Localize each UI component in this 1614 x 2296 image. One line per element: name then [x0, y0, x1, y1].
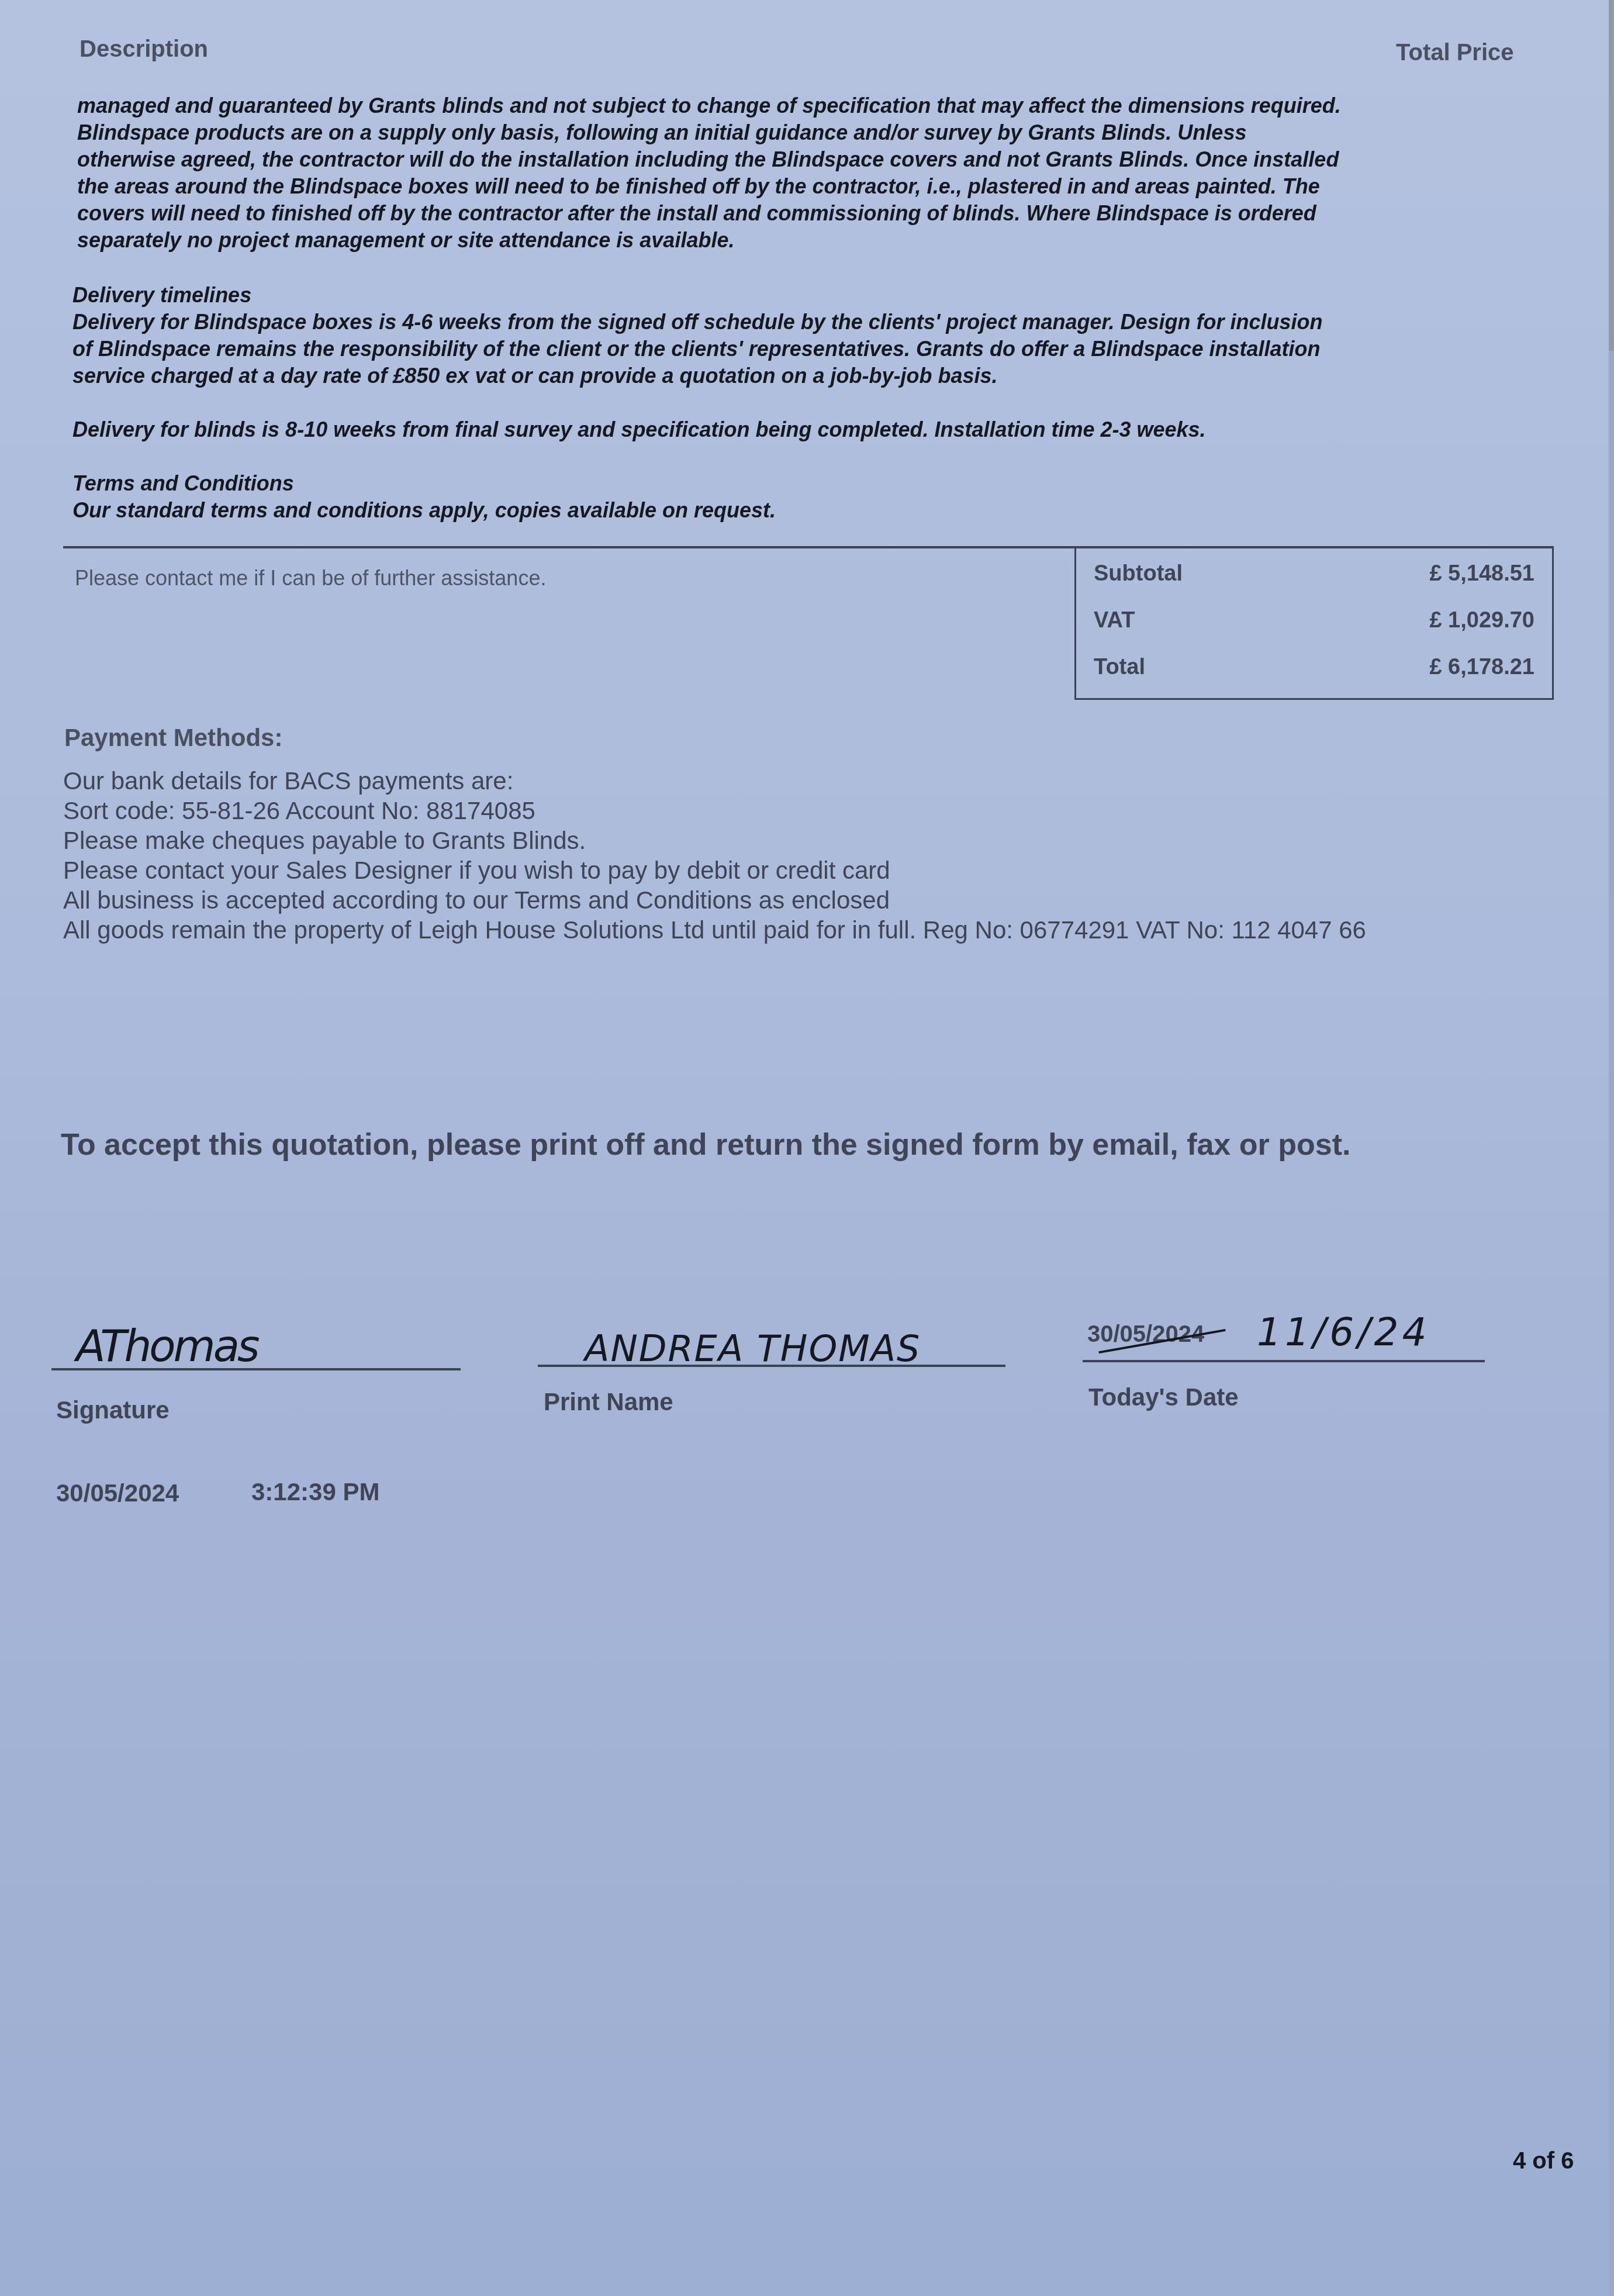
total-value: £ 6,178.21: [1429, 655, 1534, 680]
generated-date: 30/05/2024: [56, 1479, 179, 1507]
handwritten-date: 11/6/24: [1257, 1310, 1430, 1355]
text-line: otherwise agreed, the contractor will do…: [77, 146, 1539, 173]
subtotal-label: Subtotal: [1094, 561, 1183, 586]
total-label: Total: [1094, 655, 1145, 680]
vat-label: VAT: [1094, 608, 1135, 633]
acceptance-instruction: To accept this quotation, please print o…: [61, 1127, 1350, 1162]
payment-line: Please contact your Sales Designer if yo…: [63, 855, 1554, 885]
print-name-line[interactable]: [538, 1365, 1005, 1367]
blinds-delivery-text: Delivery for blinds is 8-10 weeks from f…: [72, 416, 1546, 443]
vat-value: £ 1,029.70: [1429, 608, 1534, 633]
signature-label: Signature: [56, 1396, 170, 1424]
payment-line: Please make cheques payable to Grants Bl…: [63, 826, 1554, 855]
total-price-column-header: Total Price: [1396, 40, 1514, 66]
text-line: the areas around the Blindspace boxes wi…: [77, 173, 1539, 200]
text-line: covers will need to finished off by the …: [77, 200, 1539, 227]
text-line: Blindspace products are on a supply only…: [77, 119, 1539, 146]
text-line: managed and guaranteed by Grants blinds …: [77, 92, 1539, 119]
payment-line: Sort code: 55-81-26 Account No: 88174085: [63, 796, 1554, 826]
document-page: Description Total Price managed and guar…: [0, 0, 1609, 2296]
payment-details: Our bank details for BACS payments are: …: [63, 766, 1554, 945]
contact-note: Please contact me if I can be of further…: [75, 566, 546, 591]
signature-line[interactable]: [51, 1368, 461, 1370]
handwritten-signature: AThomas: [76, 1321, 258, 1372]
todays-date-label: Today's Date: [1088, 1383, 1239, 1411]
text-line: separately no project management or site…: [77, 227, 1539, 254]
terms-text: Our standard terms and conditions apply,…: [72, 497, 1546, 524]
vat-row: VAT £ 1,029.70: [1094, 608, 1534, 637]
text-line: service charged at a day rate of £850 ex…: [72, 362, 1546, 389]
description-paragraph: managed and guaranteed by Grants blinds …: [77, 92, 1539, 254]
payment-line: Our bank details for BACS payments are:: [63, 766, 1554, 796]
totals-box: Subtotal £ 5,148.51 VAT £ 1,029.70 Total…: [1074, 547, 1554, 700]
background-edge: [1609, 0, 1614, 351]
subtotal-row: Subtotal £ 5,148.51: [1094, 561, 1534, 591]
handwritten-print-name: ANDREA THOMAS: [585, 1327, 921, 1370]
text-line: Delivery for Blindspace boxes is 4-6 wee…: [72, 309, 1546, 336]
text-line: of Blindspace remains the responsibility…: [72, 336, 1546, 362]
print-name-label: Print Name: [544, 1388, 673, 1416]
delivery-heading: Delivery timelines: [72, 282, 1546, 309]
generated-time: 3:12:39 PM: [251, 1478, 379, 1506]
payment-line: All business is accepted according to ou…: [63, 885, 1554, 915]
page-indicator: 4 of 6: [1513, 2148, 1574, 2174]
subtotal-value: £ 5,148.51: [1429, 561, 1534, 586]
description-column-header: Description: [80, 36, 208, 63]
terms-heading: Terms and Conditions: [72, 470, 1546, 497]
delivery-section: Delivery timelines Delivery for Blindspa…: [72, 282, 1546, 524]
payment-line: All goods remain the property of Leigh H…: [63, 915, 1554, 945]
payment-methods-title: Payment Methods:: [64, 724, 282, 752]
date-line[interactable]: [1083, 1360, 1485, 1362]
total-row: Total £ 6,178.21: [1094, 655, 1534, 684]
